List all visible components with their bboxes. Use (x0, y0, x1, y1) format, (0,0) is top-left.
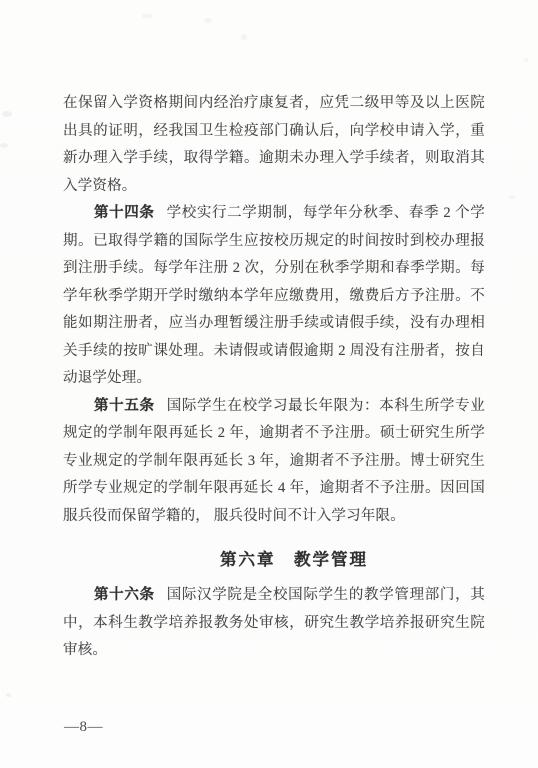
text-line: 所学专业规定的学制年限再延长 4 年，逾期者不予注册。因回国 (63, 475, 485, 503)
text-line: 出具的证明，经我国卫生检疫部门确认后，向学校申请入学，重 (63, 118, 485, 146)
document-page: 在保留入学资格期间内经治疗康复者，应凭二级甲等及以上医院出具的证明，经我国卫生检… (0, 0, 538, 768)
article-number: 第十四条 (94, 205, 155, 221)
text-line: 到注册手续。每学年注册 2 次，分别在秋季学期和春季学期。每 (63, 255, 485, 283)
chapter-heading: 第六章 教学管理 (63, 546, 485, 574)
scan-artifact (523, 58, 529, 62)
text-line: 入学资格。 (63, 173, 485, 201)
text-line: 动退学处理。 (63, 365, 485, 393)
para-article-16: 第十六条国际汉学院是全校国际学生的教学管理部门，其中，本科生教学培养报教务处审核… (63, 582, 485, 665)
text-line: 审核。 (63, 637, 485, 665)
para-article-15: 第十五条国际学生在校学习最长年限为：本科生所学专业规定的学制年限再延长 2 年，… (63, 393, 485, 531)
text-line: 第十五条国际学生在校学习最长年限为：本科生所学专业 (63, 393, 485, 421)
para-reentry-continuation: 在保留入学资格期间内经治疗康复者，应凭二级甲等及以上医院出具的证明，经我国卫生检… (63, 90, 485, 200)
scan-artifact (204, 18, 212, 23)
text-line: 中，本科生教学培养报教务处审核，研究生教学培养报研究生院 (63, 610, 485, 638)
text-line: 专业规定的学制年限再延长 3 年，逾期者不予注册。博士研究生 (63, 448, 485, 476)
scan-artifact (508, 195, 515, 199)
text-line: 服兵役而保留学籍的， 服兵役时间不计入学习年限。 (63, 503, 485, 531)
text-line: 在保留入学资格期间内经治疗康复者，应凭二级甲等及以上医院 (63, 90, 485, 118)
scan-artifact (0, 143, 8, 148)
scan-artifact (241, 34, 247, 40)
article-number: 第十五条 (94, 398, 155, 414)
text-line: 期。已取得学籍的国际学生应按校历规定的时间按时到校办理报 (63, 228, 485, 256)
para-article-14: 第十四条学校实行二学期制，每学年分秋季、春季 2 个学期。已取得学籍的国际学生应… (63, 200, 485, 393)
text-line: 关手续的按旷课处理。未请假或请假逾期 2 周没有注册者，按自 (63, 338, 485, 366)
text-line: 新办理入学手续，取得学籍。逾期未办理入学手续者，则取消其 (63, 145, 485, 173)
scan-artifact (6, 693, 11, 697)
article-number: 第十六条 (94, 587, 155, 603)
scan-artifact (142, 14, 153, 18)
text-line: 学年秋季学期开学时缴纳本学年应缴费用，缴费后方予注册。不 (63, 283, 485, 311)
page-number: —8— (64, 719, 103, 736)
text-line: 能如期注册者，应当办理暂缓注册手续或请假手续，没有办理相 (63, 310, 485, 338)
scan-artifact (2, 111, 12, 117)
text-line: 第十四条学校实行二学期制，每学年分秋季、春季 2 个学 (63, 200, 485, 228)
text-line: 第十六条国际汉学院是全校国际学生的教学管理部门，其 (63, 582, 485, 610)
text-line: 规定的学制年限再延长 2 年，逾期者不予注册。硕士研究生所学 (63, 420, 485, 448)
document-body: 在保留入学资格期间内经治疗康复者，应凭二级甲等及以上医院出具的证明，经我国卫生检… (63, 90, 485, 665)
